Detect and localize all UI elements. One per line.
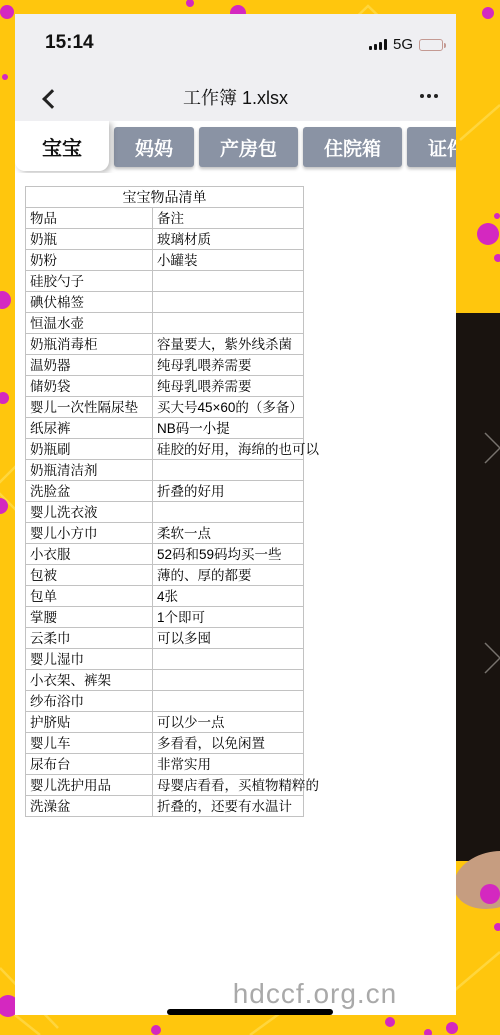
- table-row: 小衣架、裤架: [26, 670, 304, 691]
- item-cell[interactable]: 奶瓶刷: [26, 439, 153, 460]
- table-row: 婴儿湿巾: [26, 649, 304, 670]
- table-row: 婴儿车 多看看，以免闲置: [26, 733, 304, 754]
- table-row: 纸尿裤 NB码一小提: [26, 418, 304, 439]
- item-cell[interactable]: 恒温水壶: [26, 313, 153, 334]
- note-cell[interactable]: 薄的、厚的都要: [153, 565, 304, 586]
- note-cell[interactable]: 柔软一点: [153, 523, 304, 544]
- document-title: 工作簿 1.xlsx: [15, 84, 456, 110]
- item-cell[interactable]: 小衣服: [26, 544, 153, 565]
- item-cell[interactable]: 储奶袋: [26, 376, 153, 397]
- note-cell[interactable]: 容量要大，紫外线杀菌: [153, 334, 304, 355]
- item-cell[interactable]: 婴儿洗护用品: [26, 775, 153, 796]
- table-row: 尿布台 非常实用: [26, 754, 304, 775]
- note-cell[interactable]: [153, 271, 304, 292]
- item-cell[interactable]: 硅胶勺子: [26, 271, 153, 292]
- note-cell[interactable]: 纯母乳喂养需要: [153, 376, 304, 397]
- table-row: 婴儿小方巾 柔软一点: [26, 523, 304, 544]
- sheet-tab-label: 产房包: [220, 134, 277, 161]
- item-cell[interactable]: 婴儿洗衣液: [26, 502, 153, 523]
- table-row: 奶粉 小罐装: [26, 250, 304, 271]
- note-cell[interactable]: 小罐装: [153, 250, 304, 271]
- sheet-tab[interactable]: 产房包: [199, 127, 298, 167]
- table-row: 碘伏棉签: [26, 292, 304, 313]
- app-header: 15:14 5G 工作簿 1.xlsx: [15, 14, 456, 121]
- table-title-row: 宝宝物品清单: [26, 187, 304, 208]
- sheet-tab-label: 证件: [428, 134, 456, 161]
- network-label: 5G: [393, 36, 413, 53]
- note-cell[interactable]: 52码和59码均买一些: [153, 544, 304, 565]
- items-table: 宝宝物品清单 物品 备注 奶瓶 玻璃材质 奶粉: [25, 186, 304, 817]
- note-cell[interactable]: 折叠的，还要有水温计: [153, 796, 304, 817]
- item-cell[interactable]: 云柔巾: [26, 628, 153, 649]
- item-cell[interactable]: 护脐贴: [26, 712, 153, 733]
- black-band: [456, 313, 500, 861]
- sheet-tab[interactable]: 宝宝: [15, 121, 109, 171]
- table-row: 掌腰 1个即可: [26, 607, 304, 628]
- item-cell[interactable]: 纸尿裤: [26, 418, 153, 439]
- note-cell[interactable]: 折叠的好用: [153, 481, 304, 502]
- sheet-tab-bar: 宝宝 妈妈 产房包 住院箱 证件: [15, 121, 456, 173]
- sheet-tab-label: 妈妈: [135, 134, 173, 161]
- sheet-tab-label: 住院箱: [324, 134, 381, 161]
- note-cell[interactable]: [153, 691, 304, 712]
- home-indicator[interactable]: [167, 1009, 333, 1015]
- item-cell[interactable]: 奶瓶消毒柜: [26, 334, 153, 355]
- note-cell[interactable]: 可以多囤: [153, 628, 304, 649]
- column-header-item[interactable]: 物品: [26, 208, 153, 229]
- status-time: 15:14: [45, 32, 94, 54]
- status-icons: 5G: [369, 36, 443, 53]
- signal-bars-icon: [369, 39, 387, 50]
- note-cell[interactable]: 母婴店看看，买植物精粹的: [153, 775, 304, 796]
- note-cell[interactable]: 1个即可: [153, 607, 304, 628]
- table-row: 婴儿洗衣液: [26, 502, 304, 523]
- item-cell[interactable]: 婴儿车: [26, 733, 153, 754]
- sheet-tab[interactable]: 妈妈: [114, 127, 194, 167]
- note-cell[interactable]: 多看看，以免闲置: [153, 733, 304, 754]
- table-body: 奶瓶 玻璃材质 奶粉 小罐装 硅胶勺子: [26, 229, 304, 817]
- table-row: 护脐贴 可以少一点: [26, 712, 304, 733]
- note-cell[interactable]: [153, 292, 304, 313]
- item-cell[interactable]: 纱布浴巾: [26, 691, 153, 712]
- column-header-note[interactable]: 备注: [153, 208, 304, 229]
- table-row: 洗澡盆 折叠的，还要有水温计: [26, 796, 304, 817]
- table-row: 温奶器 纯母乳喂养需要: [26, 355, 304, 376]
- item-cell[interactable]: 包单: [26, 586, 153, 607]
- note-cell[interactable]: 玻璃材质: [153, 229, 304, 250]
- table-row: 奶瓶刷 硅胶的好用，海绵的也可以: [26, 439, 304, 460]
- item-cell[interactable]: 碘伏棉签: [26, 292, 153, 313]
- note-cell[interactable]: 买大号45×60的（多备）: [153, 397, 304, 418]
- note-cell[interactable]: 硅胶的好用，海绵的也可以: [153, 439, 304, 460]
- note-cell[interactable]: NB码一小提: [153, 418, 304, 439]
- sheet-title-cell[interactable]: 宝宝物品清单: [26, 187, 304, 208]
- item-cell[interactable]: 婴儿湿巾: [26, 649, 153, 670]
- table-row: 恒温水壶: [26, 313, 304, 334]
- item-cell[interactable]: 奶粉: [26, 250, 153, 271]
- item-cell[interactable]: 奶瓶清洁剂: [26, 460, 153, 481]
- table-row: 硅胶勺子: [26, 271, 304, 292]
- table-row: 婴儿一次性隔尿垫 买大号45×60的（多备）: [26, 397, 304, 418]
- item-cell[interactable]: 尿布台: [26, 754, 153, 775]
- note-cell[interactable]: 纯母乳喂养需要: [153, 355, 304, 376]
- sheet-tab-label: 宝宝: [42, 132, 82, 161]
- item-cell[interactable]: 包被: [26, 565, 153, 586]
- item-cell[interactable]: 掌腰: [26, 607, 153, 628]
- note-cell[interactable]: [153, 313, 304, 334]
- more-menu-button[interactable]: [420, 94, 438, 98]
- back-button[interactable]: [39, 88, 61, 110]
- table-row: 洗脸盆 折叠的好用: [26, 481, 304, 502]
- item-cell[interactable]: 奶瓶: [26, 229, 153, 250]
- note-cell[interactable]: 可以少一点: [153, 712, 304, 733]
- table-row: 婴儿洗护用品 母婴店看看，买植物精粹的: [26, 775, 304, 796]
- table-row: 储奶袋 纯母乳喂养需要: [26, 376, 304, 397]
- table-header-row: 物品 备注: [26, 208, 304, 229]
- item-cell[interactable]: 洗脸盆: [26, 481, 153, 502]
- spreadsheet-area: 宝宝物品清单 物品 备注 奶瓶 玻璃材质 奶粉: [15, 173, 456, 817]
- battery-icon: [419, 39, 443, 51]
- table-row: 包被 薄的、厚的都要: [26, 565, 304, 586]
- table-row: 奶瓶 玻璃材质: [26, 229, 304, 250]
- item-cell[interactable]: 婴儿一次性隔尿垫: [26, 397, 153, 418]
- phone-screenshot: 15:14 5G 工作簿 1.xlsx 宝宝 妈妈: [15, 14, 456, 1015]
- table-row: 包单 4张: [26, 586, 304, 607]
- item-cell[interactable]: 婴儿小方巾: [26, 523, 153, 544]
- sheet-tab[interactable]: 证件: [407, 127, 456, 167]
- decorated-frame: 15:14 5G 工作簿 1.xlsx 宝宝 妈妈: [0, 0, 500, 1035]
- item-cell[interactable]: 小衣架、裤架: [26, 670, 153, 691]
- sheet-tab[interactable]: 住院箱: [303, 127, 402, 167]
- table-row: 小衣服 52码和59码均买一些: [26, 544, 304, 565]
- table-row: 奶瓶清洁剂: [26, 460, 304, 481]
- watermark: hdccf.org.cn: [175, 978, 455, 1010]
- note-cell[interactable]: 非常实用: [153, 754, 304, 775]
- note-cell[interactable]: [153, 649, 304, 670]
- table-row: 云柔巾 可以多囤: [26, 628, 304, 649]
- note-cell[interactable]: [153, 502, 304, 523]
- item-cell[interactable]: 温奶器: [26, 355, 153, 376]
- note-cell[interactable]: 4张: [153, 586, 304, 607]
- title-bar: 工作簿 1.xlsx: [15, 74, 456, 120]
- note-cell[interactable]: [153, 460, 304, 481]
- note-cell[interactable]: [153, 670, 304, 691]
- table-row: 纱布浴巾: [26, 691, 304, 712]
- item-cell[interactable]: 洗澡盆: [26, 796, 153, 817]
- table-row: 奶瓶消毒柜 容量要大，紫外线杀菌: [26, 334, 304, 355]
